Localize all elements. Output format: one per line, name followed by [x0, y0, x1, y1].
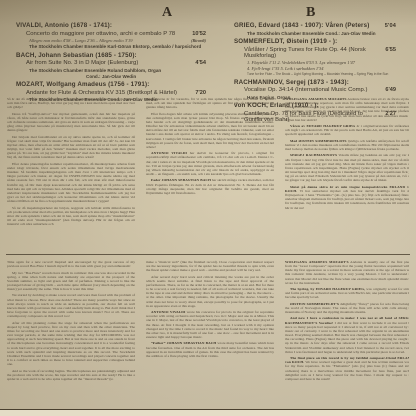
language-section-divider: [6, 254, 410, 255]
track-line: Concerto do maggiore per ottavino, archi…: [16, 31, 206, 37]
composer-name-bold: The Spring, by EDVARD HAGERUP GRIEG,: [290, 287, 365, 291]
track-line-text: Vårlåter / Spring Tunes for Flute Op. 44…: [244, 47, 381, 59]
track-line-text: Vocalise Op. 34:14 (International Music …: [244, 87, 367, 93]
composer-name-bold: The final piece on this record is by my …: [285, 356, 409, 364]
paragraph: Efter flera dagars hårt arbete och kriti…: [146, 112, 274, 149]
track-duration: 5'04: [381, 23, 396, 29]
paragraph: Med ØISTEIN SOMMERFELDTS ljuvliga och le…: [285, 139, 409, 151]
paragraph: My two “Bas-Flute” records have much in …: [7, 271, 135, 292]
track-line-text: Allegro non molto 4'58 – Largo 2'36 – Al…: [29, 38, 133, 43]
composer-name-bold: And now I have a confession to make: I w…: [285, 316, 409, 324]
composer-name-bold: Fader JOHANN SEBASTIAN BACH: [151, 178, 211, 182]
paragraph: Så tar då inspelningsarbetet sin början,…: [7, 206, 135, 227]
paragraph: We started by deciding to make a new rec…: [7, 293, 135, 318]
paragraph: WOLFGANG AMADEUS MOZARTS Andante brukar …: [285, 97, 409, 122]
paragraph: WOLFGANG AMADEUS MOZART'S Andante is usu…: [285, 260, 409, 285]
track-line-text: VIVALDI, Antonio (1678 - 1741):: [16, 22, 112, 29]
track-line-text: Andante for Flute & Orchestra KV 315 (Br…: [26, 90, 177, 96]
track-duration: 7'20: [191, 90, 206, 96]
composer-name-bold: Slutet på denna skiva är av min trogne k…: [285, 185, 409, 193]
side-a-tracklist: VIVALDI, Antonio (1678 - 1741):Concerto …: [16, 22, 206, 102]
track-line-text: The Stockholm Chamber Ensemble Roland Da…: [29, 68, 161, 73]
swedish-notes-column-1: Så är det då dags för en ny skiva! Inspi…: [7, 97, 135, 251]
track-line-text: 4. Fjell-lengt 1'35 5. Leik i sørbakken …: [247, 66, 324, 71]
track-duration: 6'55: [381, 47, 396, 53]
composer-name-bold: ANTONIO VIVALDI: [151, 310, 185, 314]
paragraph: The Spring, by EDVARD HAGERUP GRIEG, was…: [285, 287, 409, 299]
track-line: RACHMANINOV, Sergej (1873 - 1943):: [234, 79, 396, 86]
english-notes-column-3: WOLFGANG AMADEUS MOZART'S Andante is usu…: [285, 260, 409, 407]
track-line-text: GRIEG, Edvard (1843 - 1907): Våren (Pete…: [234, 22, 369, 29]
paragraph: Så är det då dags för en ny skiva! Inspi…: [7, 97, 135, 109]
paragraph: After all this planning comes the stage …: [7, 321, 135, 367]
composer-name-bold: WOLFGANG AMADEUS MOZARTS: [285, 97, 347, 101]
liner-notes-english: Time again for a new record! Inspired an…: [7, 260, 409, 407]
track-line-text: The Stockholm Chamber Ensemble Karl-Göra…: [29, 44, 201, 49]
paragraph: Efter denna planeringsfas kommer repetit…: [7, 162, 135, 204]
paragraph: make a “musical web” (like the finished …: [146, 260, 274, 272]
track-line: GRIEG, Edvard (1843 - 1907): Våren (Pete…: [234, 22, 396, 29]
track-duration: 10'52: [188, 31, 206, 37]
paragraph: Våren av EDVARD HAGERUP GRIEG är i origi…: [285, 124, 409, 136]
track-line: VIVALDI, Antonio (1678 - 1741):: [16, 22, 206, 29]
track-line: Vocalise Op. 34:14 (International Music …: [234, 87, 396, 93]
composer-name-bold: WOLFGANG AMADEUS MOZART'S: [285, 260, 349, 264]
track-line-text: The Stockholm Chamber Ensemble Cond.: Ja…: [247, 31, 376, 36]
album-back-cover: A B VIVALDI, Antonio (1678 - 1741):Conce…: [0, 0, 416, 416]
track-line-text: RACHMANINOV, Sergej (1873 - 1943):: [234, 79, 349, 86]
track-line: Tune for the Flute – The Brook – Light S…: [234, 72, 396, 76]
paragraph: ANTONIO VIVALDI har skrivit tre konserte…: [146, 151, 274, 176]
track-duration: 6'49: [381, 87, 396, 93]
track-line: Cond.: Jan-Olav Wedin: [16, 74, 206, 79]
paragraph: SERGEJ RACHMANINOVS Vokalis måste jag be…: [285, 153, 409, 182]
paragraph: Slutet på denna skiva är av min trogne k…: [285, 185, 409, 210]
track-line-text: Air from Suite No. 3 in D Major (Eulenbu…: [26, 60, 138, 66]
paragraph: “Father” JOHANN SEBASTIAN BACH wrote man…: [146, 341, 274, 358]
swedish-notes-column-2: musikanterna är för varandra, för vi som…: [146, 97, 274, 251]
track-duration: 4'54: [191, 60, 206, 66]
swedish-notes-column-3: WOLFGANG AMADEUS MOZARTS Andante brukar …: [285, 97, 409, 251]
track-line-text: SOMMERFELDT, Øistein (1919 - ):: [234, 38, 337, 45]
paragraph: The final piece on this record is by my …: [285, 356, 409, 381]
sleeve-bottom-edge: [0, 409, 416, 416]
composer-name-bold: Våren av EDVARD HAGERUP GRIEG: [290, 124, 355, 128]
paragraph: musikanterna är för varandra, för vi som…: [146, 97, 274, 109]
track-line: BACH, Johann Sebastian (1685 - 1750):: [16, 52, 206, 59]
track-line: Vårlåter / Spring Tunes for Flute Op. 44…: [234, 47, 396, 59]
track-line: 4. Fjell-lengt 1'35 5. Leik i sørbakken …: [234, 66, 396, 71]
track-line: SOMMERFELDT, Øistein (1919 - ):: [234, 38, 396, 45]
track-line: Air from Suite No. 3 in D Major (Eulenbu…: [16, 60, 206, 66]
side-b-label: B: [306, 5, 316, 21]
paragraph: Dessa två “basflöjt-skivor” har mycket g…: [7, 112, 135, 133]
paragraph: Det började med fastställandet att en ny…: [7, 135, 135, 160]
paragraph: After several days' hard work and critic…: [146, 275, 274, 308]
paragraph: And so the work of recording begins. The…: [7, 369, 135, 381]
track-line: The Stockholm Chamber Ensemble Cond.: Ja…: [234, 31, 396, 36]
track-line-text: Cond.: Jan-Olav Wedin: [86, 74, 136, 79]
paragraph: And now I have a confession to make: I w…: [285, 316, 409, 353]
composer-name-bold: SERGEJ RACHMANINOVS: [290, 153, 337, 157]
track-line-text: Concerto do maggiore per ottavino, archi…: [26, 31, 175, 37]
paragraph: Fader JOHANN SEBASTIAN BACH har skrivit …: [146, 178, 274, 195]
track-line-text: 1. Fløytelåt 1'11 2. Vesleblekken 0'53 3…: [247, 60, 355, 65]
track-line-text: BACH, Johann Sebastian (1685 - 1750):: [16, 52, 137, 59]
english-notes-column-2: make a “musical web” (like the finished …: [146, 260, 274, 407]
track-line: 1. Fløytelåt 1'11 2. Vesleblekken 0'53 3…: [234, 60, 396, 65]
track-line: The Stockholm Chamber Ensemble Roland Da…: [16, 68, 206, 73]
track-duration: (Ricordi): [187, 38, 206, 43]
track-line-text: MOZART, Wolfgang Amadeus (1756 - 1791):: [16, 81, 149, 88]
paragraph: Time again for a new record! Inspired an…: [7, 260, 135, 268]
composer-name-bold: ØISTEIN SOMMERFELDT'S: [290, 302, 339, 306]
track-line: MOZART, Wolfgang Amadeus (1756 - 1791):: [16, 81, 206, 88]
side-a-label: A: [162, 5, 173, 21]
track-line: The Stockholm Chamber Ensemble Karl-Göra…: [16, 44, 206, 49]
track-line: Allegro non molto 4'58 – Largo 2'36 – Al…: [16, 38, 206, 43]
track-line: Andante for Flute & Orchestra KV 315 (Br…: [16, 90, 206, 96]
composer-name-bold: “Father” JOHANN SEBASTIAN BACH: [151, 341, 216, 345]
track-line-text: Tune for the Flute – The Brook – Light S…: [247, 72, 388, 76]
composer-name-bold: Med ØISTEIN SOMMERFELDTS: [290, 139, 347, 143]
english-notes-column-1: Time again for a new record! Inspired an…: [7, 260, 135, 407]
composer-name-bold: ANTONIO VIVALDI: [151, 151, 187, 155]
paragraph: ANTONIO VIVALDI wrote his concertos for …: [146, 310, 274, 339]
paragraph: ØISTEIN SOMMERFELDT'S delightfully “flut…: [285, 302, 409, 314]
liner-notes-swedish: Så är det då dags för en ny skiva! Inspi…: [7, 97, 409, 251]
